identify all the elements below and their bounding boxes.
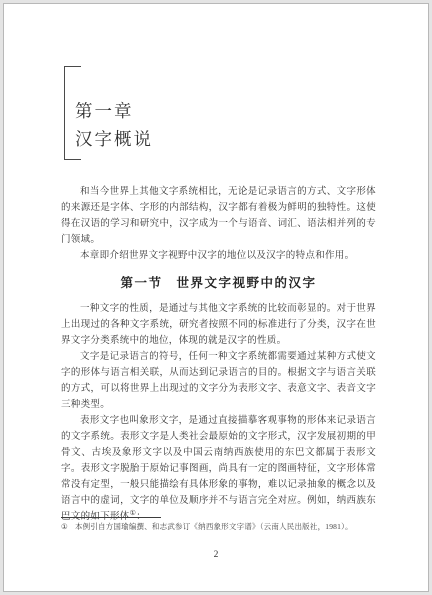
chapter-bracket-decoration: [64, 66, 81, 160]
section-paragraph-3: 表形文字也叫象形文字，是通过直接描摹客观事物的形体来记录语言的文字系统。表形文字…: [61, 413, 376, 525]
footnote: ① 本例引自方国瑜编撰、和志武参订《纳西象形文字谱》（云南人民出版社，1981）…: [61, 522, 376, 532]
book-page: 第一章 汉字概说 和当今世界上其他文字系统相比，无论是记录语言的方式、文字形体的…: [3, 3, 429, 592]
chapter-number: 第一章: [75, 98, 255, 126]
footnote-block: ① 本例引自方国瑜编撰、和志武参订《纳西象形文字谱》（云南人民出版社，1981）…: [61, 517, 376, 532]
footnote-text: 本例引自方国瑜编撰、和志武参订《纳西象形文字谱》（云南人民出版社，1981）。: [75, 522, 376, 532]
text-column: 和当今世界上其他文字系统相比，无论是记录语言的方式、文字形体的来源还是字体、字形…: [61, 184, 376, 525]
document-viewport: 第一章 汉字概说 和当今世界上其他文字系统相比，无论是记录语言的方式、文字形体的…: [0, 0, 432, 595]
chapter-title: 汉字概说: [75, 126, 255, 154]
section-paragraph-1: 一种文字的性质，是通过与其他文字系统的比较而彰显的。对于世界上出现过的各种文字系…: [61, 301, 376, 349]
page-number: 2: [4, 550, 428, 560]
footnote-divider: [61, 517, 161, 518]
intro-paragraph-2: 本章即介绍世界文字视野中汉字的地位以及汉字的特点和作用。: [61, 248, 376, 264]
section-heading: 第一节 世界文字视野中的汉字: [61, 273, 376, 291]
intro-paragraph-1: 和当今世界上其他文字系统相比，无论是记录语言的方式、文字形体的来源还是字体、字形…: [61, 184, 376, 248]
chapter-title-block: 第一章 汉字概说: [64, 66, 255, 160]
footnote-marker: ①: [61, 522, 68, 532]
section-paragraph-3-text: 表形文字也叫象形文字，是通过直接描摹客观事物的形体来记录语言的文字系统。表形文字…: [61, 416, 376, 522]
section-paragraph-2: 文字是记录语言的符号，任何一种文字系统都需要通过某种方式使文字的形体与语言相关联…: [61, 349, 376, 413]
